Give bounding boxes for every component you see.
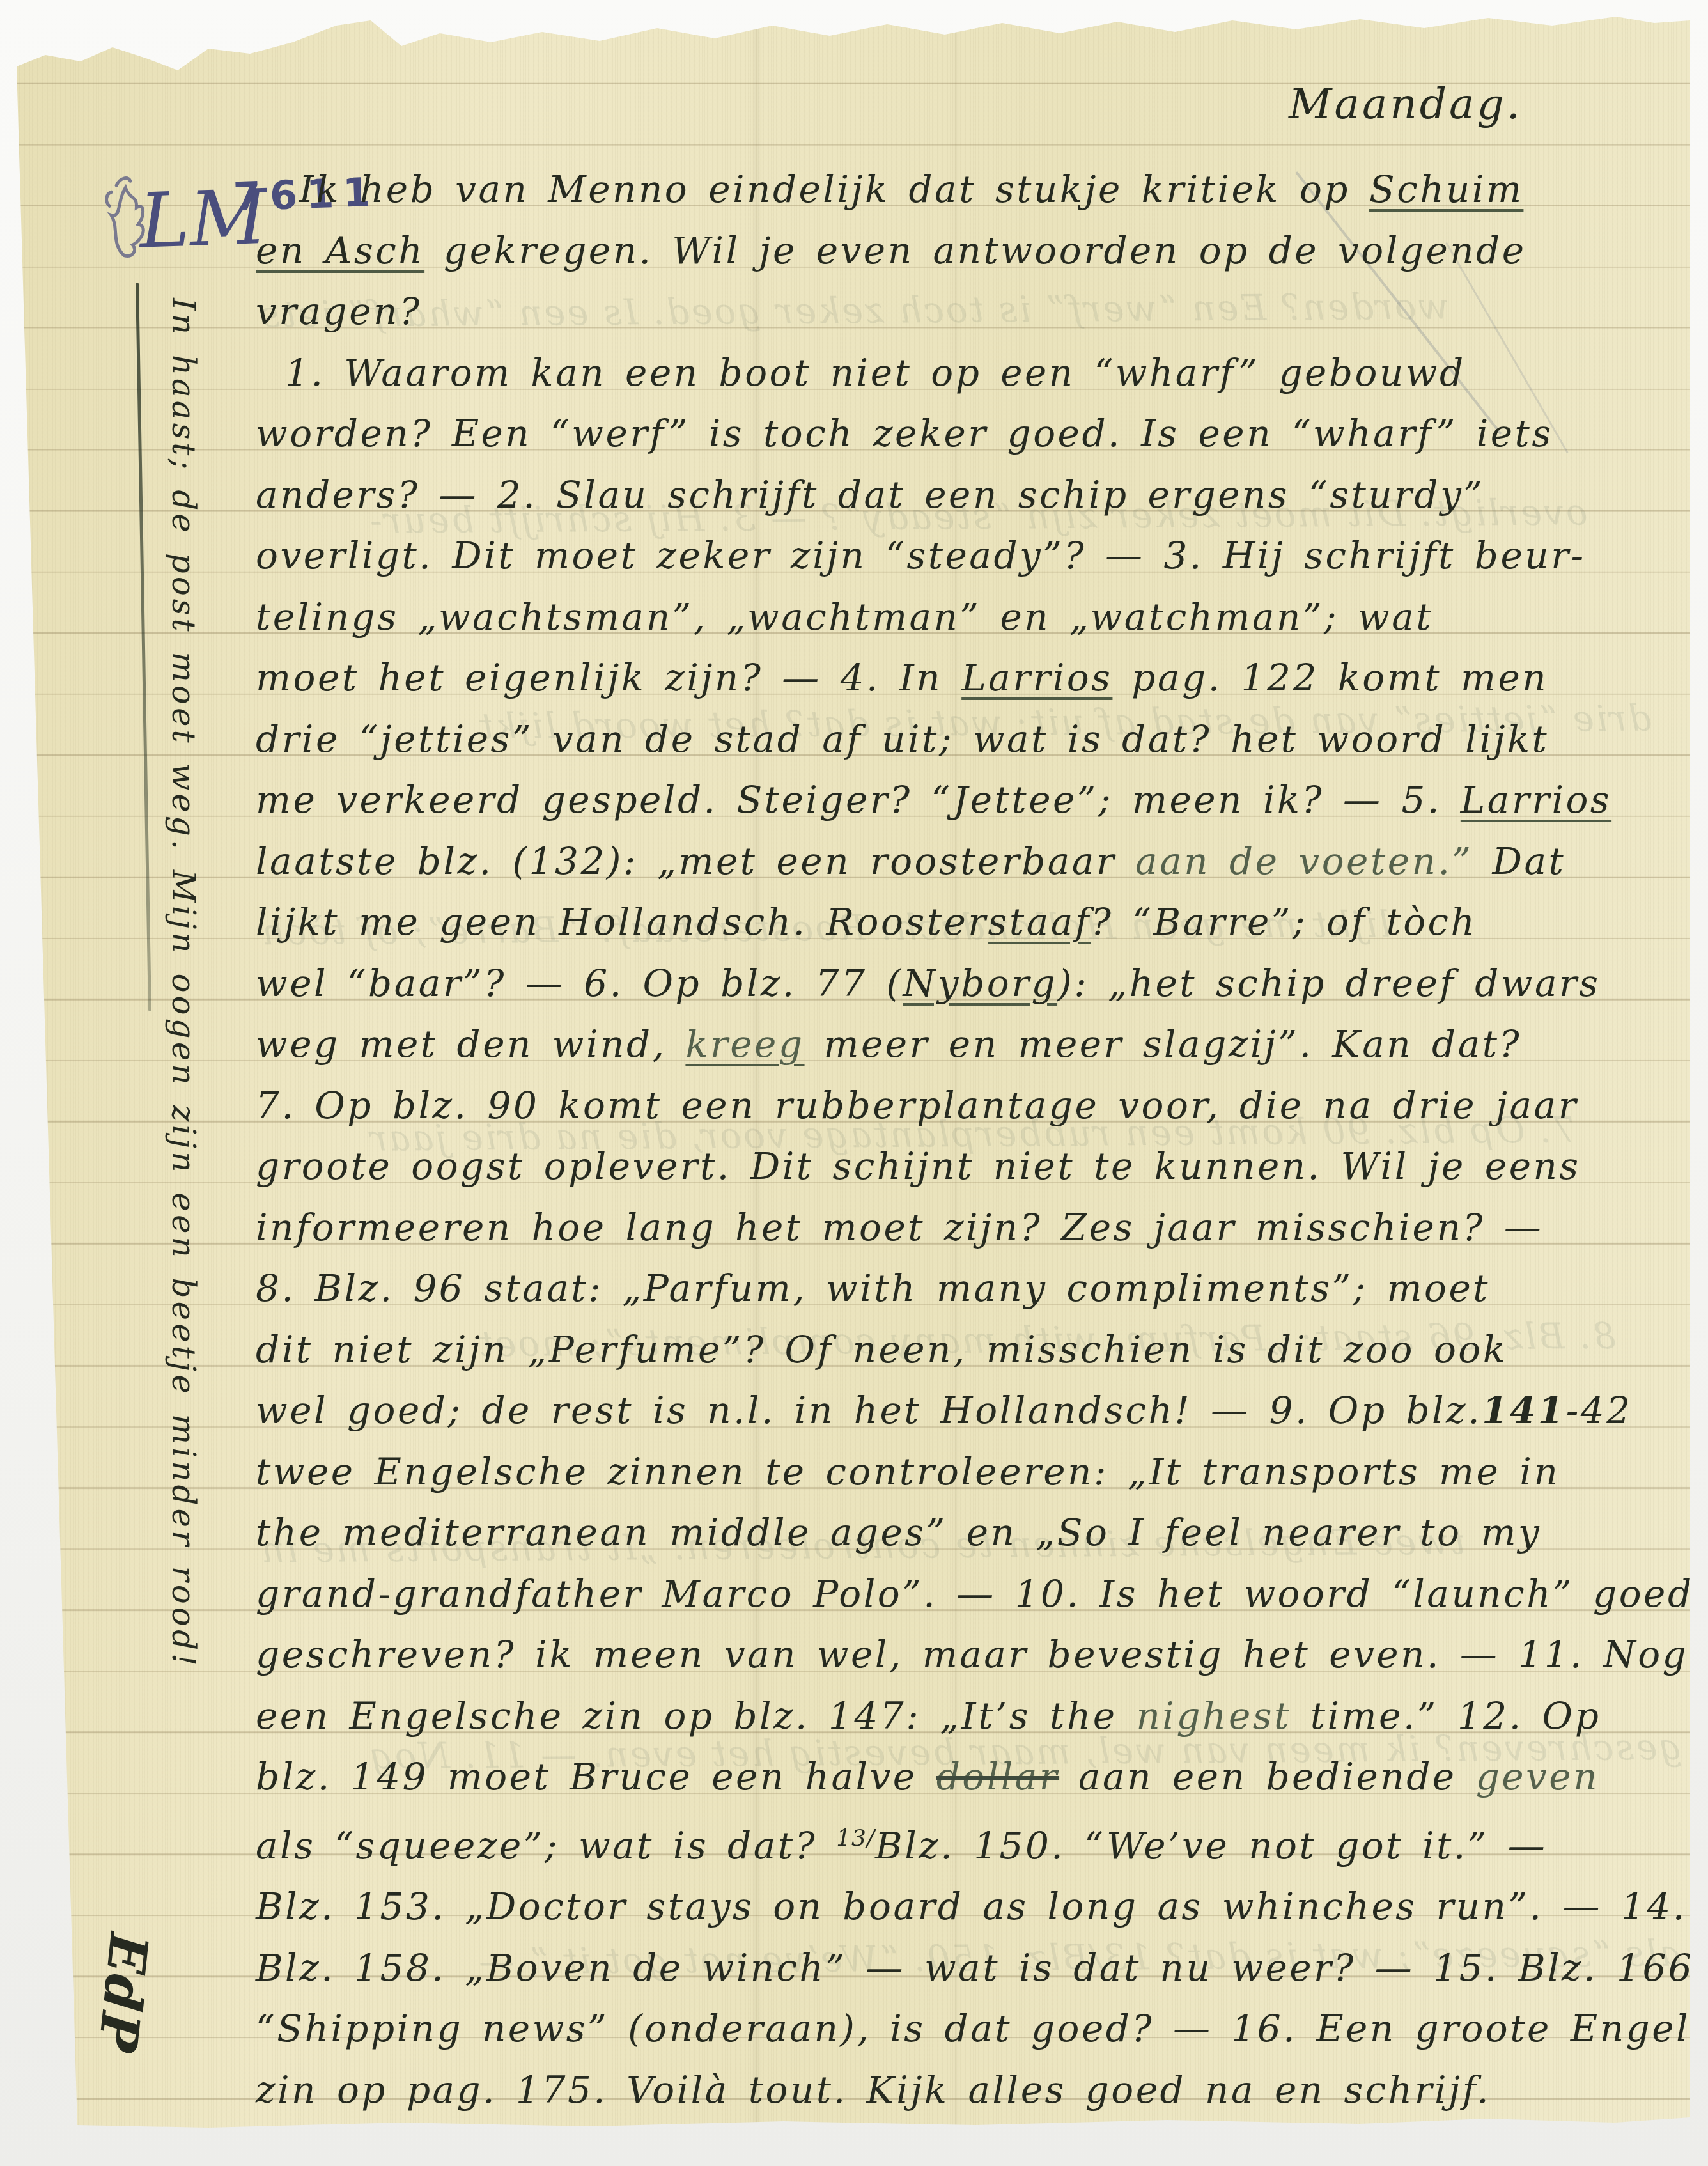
handwriting-segment: blz. 149 moet Bruce een halve (256, 1755, 936, 1798)
handwritten-line: moet het eigenlijk zijn? — 4. In Larrios… (256, 648, 1691, 709)
handwriting-segment: grand-grandfather Marco Polo”. — 10. Is … (256, 1572, 1694, 1616)
letter-page: worden? Een “werf” is toch zeker goed. I… (17, 15, 1690, 2130)
handwriting-segment: Blz. 150. “We’ve not got it.” — (875, 1824, 1547, 1867)
handwriting-segment: overligt. Dit moet zeker zijn “steady”? … (256, 534, 1586, 577)
handwriting-segment: worden? Een “werf” is toch zeker goed. I… (256, 412, 1553, 455)
handwriting-segment: wel “baar”? — 6. Op blz. 77 ( (256, 962, 903, 1005)
handwritten-line: the mediterranean middle ages” en „So I … (256, 1502, 1691, 1564)
date-heading: Maandag. (1289, 79, 1523, 129)
handwriting-segment: en Asch (256, 229, 424, 272)
handwriting-segment: als “squeeze”; wat is dat? (256, 1824, 836, 1867)
handwriting-segment: Larrios (961, 656, 1112, 699)
handwriting-segment: een Engelsche zin op blz. 147: „It’s the (256, 1694, 1137, 1738)
handwriting-segment: time.” 12. Op (1291, 1694, 1601, 1738)
handwritten-line: grand-grandfather Marco Polo”. — 10. Is … (256, 1564, 1691, 1625)
handwriting-segment: groote oogst oplevert. Dit schijnt niet … (256, 1144, 1581, 1188)
handwriting-segment: 1. Waarom kan een boot niet op een “whar… (285, 351, 1466, 394)
handwriting-segment: informeeren hoe lang het moet zijn? Zes … (256, 1206, 1543, 1249)
handwritten-line: 1. Waarom kan een boot niet op een “whar… (256, 343, 1691, 404)
handwriting-segment: geven (1476, 1755, 1599, 1798)
handwriting-segment: aan de voeten.” (1135, 839, 1473, 883)
handwritten-line: groote oogst oplevert. Dit schijnt niet … (256, 1136, 1691, 1197)
handwriting-segment: dit niet zijn „Perfume”? Of neen, missch… (256, 1328, 1507, 1371)
handwritten-line: weg met den wind, kreeg meer en meer sla… (256, 1014, 1691, 1075)
handwritten-line: wel goed; de rest is n.l. in het Holland… (256, 1380, 1691, 1442)
handwritten-line: 8. Blz. 96 staat: „Parfum, with many com… (256, 1258, 1691, 1320)
handwritten-line: dit niet zijn „Perfume”? Of neen, missch… (256, 1320, 1691, 1381)
handwritten-line: me verkeerd gespeld. Steiger? “Jettee”; … (256, 770, 1691, 831)
handwriting-segment: “Shipping news” (onderaan), is dat goed?… (256, 2007, 1708, 2050)
handwritten-line: 7. Op blz. 90 komt een rubberplantage vo… (256, 1075, 1691, 1137)
handwriting-segment: staaf (988, 900, 1091, 944)
handwriting-segment: ): „het schip dreef dwars (1057, 962, 1601, 1005)
handwriting-segment: 7. Op blz. 90 komt een rubberplantage vo… (256, 1084, 1578, 1127)
handwriting-segment: lijkt me geen Hollandsch. Rooster (256, 900, 988, 944)
handwriting-segment: Ik heb van Menno eindelijk dat stukje kr… (299, 168, 1369, 211)
handwritten-line: wel “baar”? — 6. Op blz. 77 (Nyborg): „h… (256, 953, 1691, 1015)
handwriting-segment: Schuim (1369, 168, 1523, 211)
handwriting-segment: 141 (1482, 1389, 1566, 1432)
handwriting-segment: wel goed; de rest is n.l. in het Holland… (256, 1389, 1482, 1432)
handwriting-segment: gekregen. Wil je even antwoorden op de v… (424, 229, 1526, 272)
handwriting-segment: dollar (936, 1755, 1059, 1798)
handwriting-segment: me verkeerd gespeld. Steiger? “Jettee”; … (256, 778, 1461, 822)
handwriting-segment: -42 (1566, 1389, 1633, 1432)
signature: EdP (86, 1930, 159, 2056)
handwriting-segment: Larrios (1461, 778, 1611, 822)
handwritten-line: twee Engelsche zinnen te controleeren: „… (256, 1442, 1691, 1503)
handwritten-line: drie “jetties” van de stad af uit; wat i… (256, 709, 1691, 770)
handwritten-line: worden? Een “werf” is toch zeker goed. I… (256, 403, 1691, 465)
handwritten-line: telings „wachtsman”, „wachtman” en „watc… (256, 587, 1691, 648)
handwriting-segment: geschreven? ik meen van wel, maar bevest… (256, 1633, 1688, 1676)
handwriting-segment: weg met den wind, (256, 1022, 685, 1066)
handwritten-line: informeeren hoe lang het moet zijn? Zes … (256, 1197, 1691, 1259)
handwriting-segment: nighest (1137, 1694, 1291, 1738)
handwritten-line: laatste blz. (132): „met een roosterbaar… (256, 831, 1691, 892)
handwriting-segment: kreeg (685, 1022, 804, 1066)
handwriting-segment: Nyborg (903, 962, 1057, 1005)
handwritten-line: lijkt me geen Hollandsch. Roosterstaaf? … (256, 892, 1691, 953)
handwriting-segment: zin op pag. 175. Voilà tout. Kijk alles … (256, 2068, 1491, 2112)
handwriting-segment: 8. Blz. 96 staat: „Parfum, with many com… (256, 1266, 1490, 1310)
letter-body: Ik heb van Menno eindelijk dat stukje kr… (256, 159, 1691, 2121)
handwritten-line: zin op pag. 175. Voilà tout. Kijk alles … (256, 2060, 1691, 2121)
handwritten-line: overligt. Dit moet zeker zijn “steady”? … (256, 526, 1691, 587)
handwriting-segment: Blz. 153. „Doctor stays on board as long… (256, 1885, 1687, 1928)
scan-background: worden? Een “werf” is toch zeker goed. I… (0, 0, 1708, 2166)
handwriting-segment: pag. 122 komt men (1112, 656, 1548, 699)
handwritten-line: Blz. 158. „Boven de winch” — wat is dat … (256, 1938, 1691, 1999)
handwriting-segment: laatste blz. (132): „met een roosterbaar (256, 839, 1135, 883)
handwritten-line: als “squeeze”; wat is dat? 13/Blz. 150. … (256, 1808, 1691, 1877)
handwritten-line: vragen? (256, 281, 1691, 343)
handwriting-segment: Dat (1473, 839, 1566, 883)
handwritten-line: anders? — 2. Slau schrijft dat een schip… (256, 465, 1691, 526)
handwritten-line: “Shipping news” (onderaan), is dat goed?… (256, 1998, 1691, 2060)
handwriting-segment: the mediterranean middle ages” en „So I … (256, 1511, 1541, 1554)
handwritten-line: Blz. 153. „Doctor stays on board as long… (256, 1876, 1691, 1938)
handwriting-segment: meer en meer slagzij”. Kan dat? (805, 1022, 1522, 1066)
handwriting-segment: vragen? (256, 290, 421, 333)
handwritten-line: geschreven? ik meen van wel, maar bevest… (256, 1624, 1691, 1686)
margin-note: In haast; de post moet weg. Mijn oogen z… (165, 298, 202, 1800)
handwriting-segment: telings „wachtsman”, „wachtman” en „watc… (256, 595, 1433, 639)
handwritten-line: een Engelsche zin op blz. 147: „It’s the… (256, 1686, 1691, 1747)
handwriting-segment: twee Engelsche zinnen te controleeren: „… (256, 1450, 1560, 1493)
handwriting-segment: ? “Barre”; of tòch (1091, 900, 1477, 944)
handwriting-segment: anders? — 2. Slau schrijft dat een schip… (256, 473, 1484, 517)
handwriting-segment: 13/ (836, 1825, 875, 1851)
handwritten-line: Ik heb van Menno eindelijk dat stukje kr… (256, 159, 1691, 221)
handwritten-line: en Asch gekregen. Wil je even antwoorden… (256, 221, 1691, 282)
handwritten-line: blz. 149 moet Bruce een halve dollar aan… (256, 1747, 1691, 1808)
handwriting-segment: aan een bediende (1059, 1755, 1476, 1798)
handwriting-segment: drie “jetties” van de stad af uit; wat i… (256, 717, 1549, 761)
handwriting-segment: Blz. 158. „Boven de winch” — wat is dat … (256, 1946, 1708, 1990)
handwriting-segment: moet het eigenlijk zijn? — 4. In (256, 656, 961, 699)
